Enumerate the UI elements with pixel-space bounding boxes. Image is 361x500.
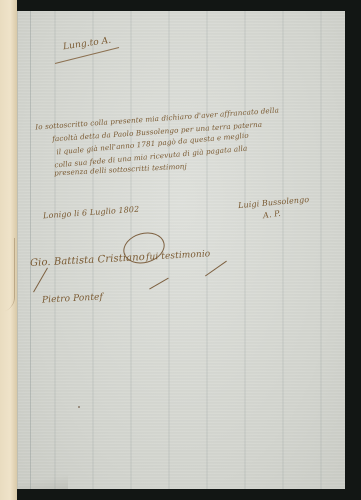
witness-1-role: fui testimonio bbox=[146, 249, 211, 262]
signature-suffix: A. P. bbox=[262, 209, 281, 220]
witness-2-name: Pietro Pontef bbox=[42, 292, 103, 305]
binding-ink-mark bbox=[2, 238, 15, 313]
scan-border-top bbox=[17, 0, 361, 11]
scan-border-right bbox=[344, 0, 361, 500]
binding-strip bbox=[0, 0, 17, 500]
scan-border-bottom bbox=[17, 489, 361, 500]
manuscript-page: Lung.to A. Io sottoscritto colla present… bbox=[17, 11, 345, 489]
page-corner-fold bbox=[18, 473, 68, 489]
page-fold-line bbox=[30, 11, 31, 489]
signature-name: Luigi Bussolengo bbox=[238, 195, 310, 210]
place-date: Lonigo li 6 Luglio 1802 bbox=[43, 205, 140, 221]
paper-speck bbox=[78, 406, 80, 408]
witness-1-name: Gio. Battista Cristiano bbox=[30, 252, 145, 269]
signature-flourish-stroke bbox=[33, 268, 48, 293]
signature-flourish-cross bbox=[149, 278, 169, 290]
signature-flourish-tail bbox=[205, 261, 227, 277]
